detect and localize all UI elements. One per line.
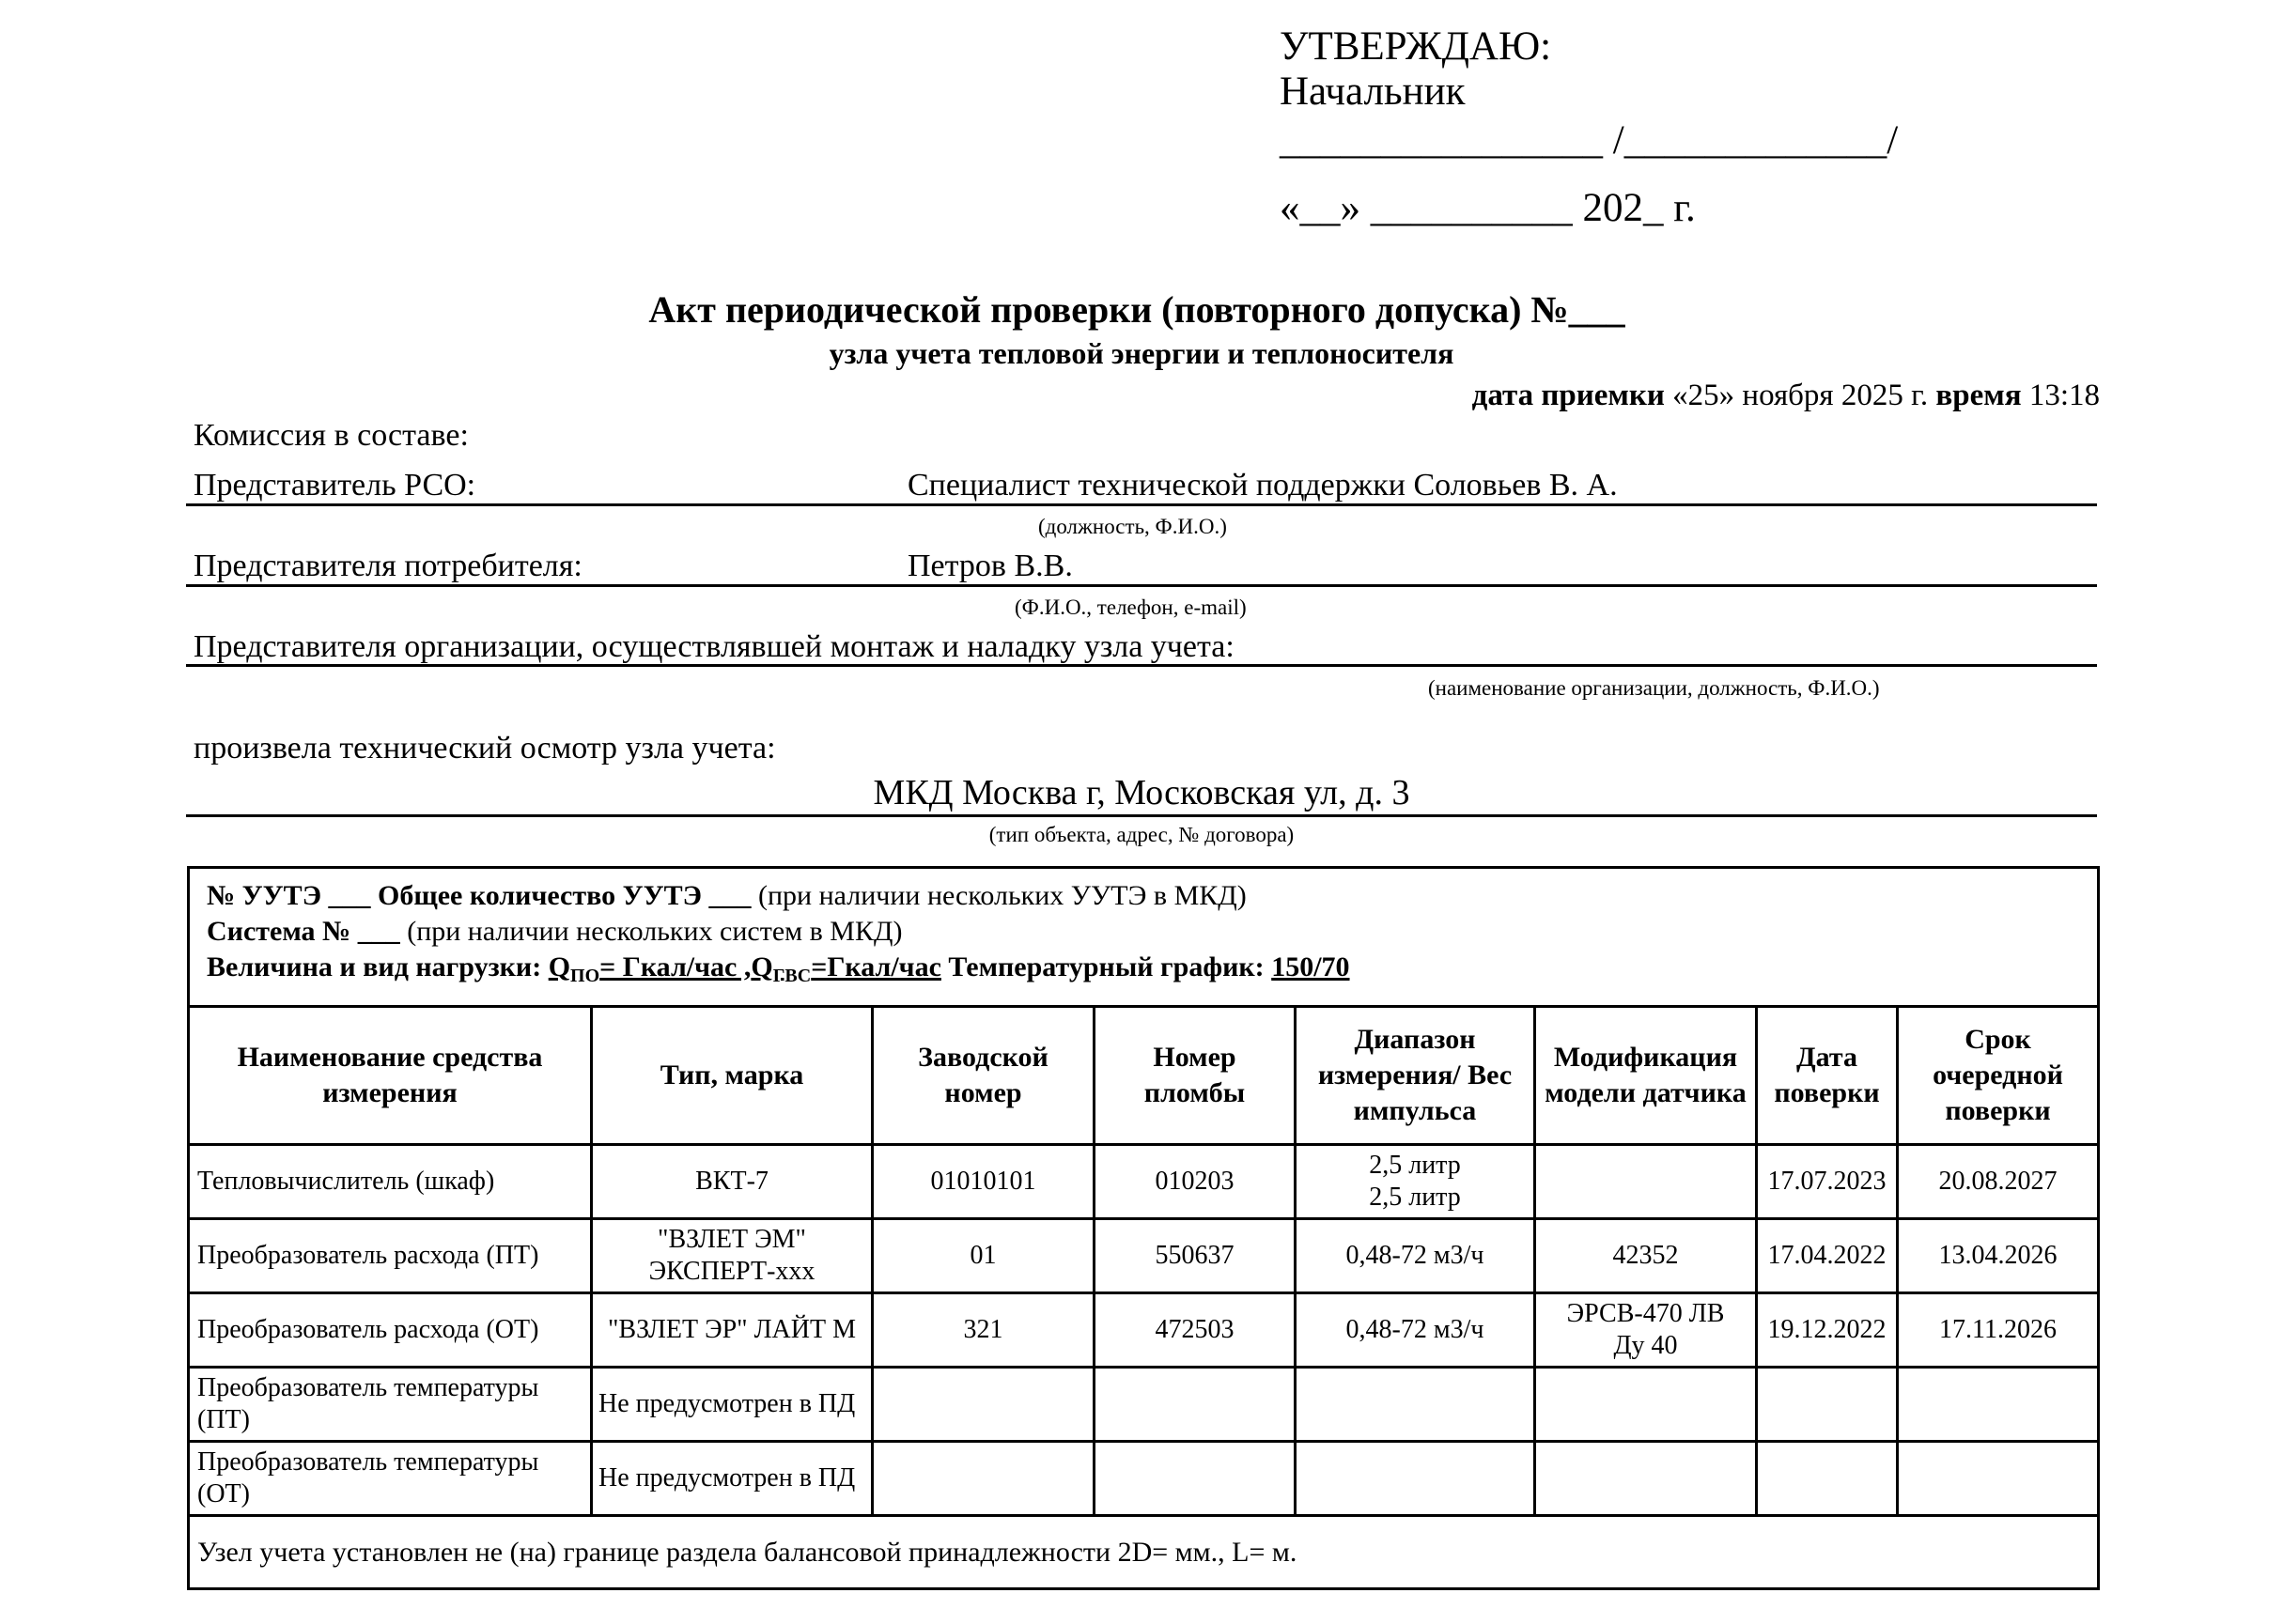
column-header: Наименование средства измерения (189, 1007, 592, 1145)
table-cell (873, 1442, 1095, 1516)
column-header: Диапазон измерения/ Вес импульса (1296, 1007, 1535, 1145)
table-cell (873, 1368, 1095, 1442)
table-cell: Не предусмотрен в ПД (592, 1442, 873, 1516)
table-cell: 010203 (1095, 1145, 1296, 1219)
table-cell: 0,48-72 м3/ч (1296, 1293, 1535, 1368)
document-title-text: Акт периодической проверки (повторного д… (648, 287, 1624, 332)
table-cell: "ВЗЛЕТ ЭМ" ЭКСПЕРТ-xxx (592, 1219, 873, 1293)
table-cell: 20.08.2027 (1898, 1145, 2099, 1219)
inspection-underline (186, 814, 2097, 817)
column-header: Дата поверки (1757, 1007, 1898, 1145)
table-cell (1296, 1442, 1535, 1516)
consumer-underline (186, 584, 2097, 587)
temp-schedule-value: 150/70 (1271, 951, 1349, 982)
table-cell: 17.07.2023 (1757, 1145, 1898, 1219)
rso-label: Представитель РСО: (194, 468, 475, 503)
table-cell (1535, 1368, 1757, 1442)
table-cell (1757, 1442, 1898, 1516)
table-cell: ЭРСВ-470 ЛВ Ду 40 (1535, 1293, 1757, 1368)
table-cell: 321 (873, 1293, 1095, 1368)
consumer-value: Петров В.В. (908, 549, 1073, 584)
unit-count-line: № УУТЭ ___ Общее количество УУТЭ ___ (пр… (207, 878, 2080, 914)
document-subtitle: узла учета тепловой энергии и теплоносит… (0, 336, 2283, 371)
table-cell (1757, 1368, 1898, 1442)
table-cell (1095, 1368, 1296, 1442)
table-cell: 17.04.2022 (1757, 1219, 1898, 1293)
table-cell (1095, 1442, 1296, 1516)
table-cell (1535, 1145, 1757, 1219)
column-header: Срок очередной поверки (1898, 1007, 2099, 1145)
rso-value: Специалист технической поддержки Соловье… (908, 468, 1618, 503)
approval-date-line: «__» __________ 202_ г. (1280, 188, 1696, 228)
column-header: Заводской номер (873, 1007, 1095, 1145)
table-cell: Преобразователь расхода (ПТ) (189, 1219, 592, 1293)
table-row: Тепловычислитель (шкаф)ВКТ-7010101010102… (189, 1145, 2099, 1219)
acceptance-month-year: ноября 2025 г. (1742, 379, 1928, 412)
table-cell: 01 (873, 1219, 1095, 1293)
table-cell: 42352 (1535, 1219, 1757, 1293)
load-label: Величина и вид нагрузки: (207, 951, 549, 982)
document-title: Акт периодической проверки (повторного д… (0, 287, 2283, 332)
system-number-label: Система № ___ (207, 916, 400, 947)
inspection-label: произвела технический осмотр узла учета: (194, 731, 776, 766)
q-po: QПО= Гкал/час ,QГВС=Гкал/час (549, 951, 941, 982)
table-cell: 17.11.2026 (1898, 1293, 2099, 1368)
table-cell: Тепловычислитель (шкаф) (189, 1145, 592, 1219)
rso-underline (186, 503, 2097, 506)
acceptance-date-label: дата приемки (1472, 379, 1665, 412)
acceptance-day: «25» (1672, 379, 1734, 412)
acceptance-date-line: дата приемки «25» ноября 2025 г. время 1… (1472, 379, 2100, 413)
table-row: Преобразователь расхода (ОТ)"ВЗЛЕТ ЭР" Л… (189, 1293, 2099, 1368)
acceptance-time: 13:18 (2029, 379, 2100, 412)
table-cell: 2,5 литр 2,5 литр (1296, 1145, 1535, 1219)
table-cell: Не предусмотрен в ПД (592, 1368, 873, 1442)
consumer-hint: (Ф.И.О., телефон, e-mail) (1015, 595, 1247, 620)
approval-position: Начальник (1280, 71, 1466, 112)
table-cell: Преобразователь температуры (ОТ) (189, 1442, 592, 1516)
table-cell: 0,48-72 м3/ч (1296, 1219, 1535, 1293)
installer-hint: (наименование организации, должность, Ф.… (1428, 676, 1880, 701)
table-cell: Преобразователь расхода (ОТ) (189, 1293, 592, 1368)
acceptance-time-label: время (1935, 379, 2021, 412)
table-cell: "ВЗЛЕТ ЭР" ЛАЙТ М (592, 1293, 873, 1368)
commission-heading: Комиссия в составе: (194, 418, 469, 454)
table-cell: 472503 (1095, 1293, 1296, 1368)
rso-hint: (должность, Ф.И.О.) (1038, 515, 1227, 539)
table-cell: 19.12.2022 (1757, 1293, 1898, 1368)
table-row: Преобразователь расхода (ПТ)"ВЗЛЕТ ЭМ" Э… (189, 1219, 2099, 1293)
unit-count-note: (при наличии нескольких УУТЭ в МКД) (751, 880, 1246, 911)
installer-underline (186, 664, 2097, 667)
balance-boundary-note: Узел учета установлен не (на) границе ра… (189, 1516, 2099, 1589)
table-header-row: Наименование средства измеренияТип, марк… (189, 1007, 2099, 1145)
table-cell: 13.04.2026 (1898, 1219, 2099, 1293)
load-line: Величина и вид нагрузки: QПО= Гкал/час ,… (207, 950, 2080, 985)
column-header: Тип, марка (592, 1007, 873, 1145)
table-cell: ВКТ-7 (592, 1145, 873, 1219)
table-cell (1898, 1368, 2099, 1442)
table-cell: Преобразователь температуры (ПТ) (189, 1368, 592, 1442)
table-cell: 01010101 (873, 1145, 1095, 1219)
inspection-object: МКД Москва г, Московская ул, д. 3 (0, 772, 2283, 813)
system-number-line: Система № ___ (при наличии нескольких си… (207, 914, 2080, 950)
table-row: Преобразователь температуры (ПТ)Не преду… (189, 1368, 2099, 1442)
table-cell (1535, 1442, 1757, 1516)
unit-count-label: № УУТЭ ___ Общее количество УУТЭ ___ (207, 880, 751, 911)
system-number-note: (при наличии нескольких систем в МКД) (400, 916, 903, 947)
inspection-object-hint: (тип объекта, адрес, № договора) (0, 823, 2283, 847)
installer-label: Представителя организации, осуществлявше… (194, 629, 1235, 665)
table-row: Преобразователь температуры (ОТ)Не преду… (189, 1442, 2099, 1516)
column-header: Номер пломбы (1095, 1007, 1296, 1145)
equipment-table: № УУТЭ ___ Общее количество УУТЭ ___ (пр… (187, 866, 2100, 1590)
approval-heading: УТВЕРЖДАЮ: (1280, 26, 1551, 67)
column-header: Модификация модели датчика (1535, 1007, 1757, 1145)
table-cell: 550637 (1095, 1219, 1296, 1293)
approval-signature-line: ________________ /_____________/ (1280, 120, 1898, 161)
consumer-label: Представителя потребителя: (194, 549, 582, 584)
temp-schedule-label: Температурный график: (941, 951, 1271, 982)
table-cell (1296, 1368, 1535, 1442)
table-cell (1898, 1442, 2099, 1516)
metering-unit-info: № УУТЭ ___ Общее количество УУТЭ ___ (пр… (189, 868, 2099, 1007)
